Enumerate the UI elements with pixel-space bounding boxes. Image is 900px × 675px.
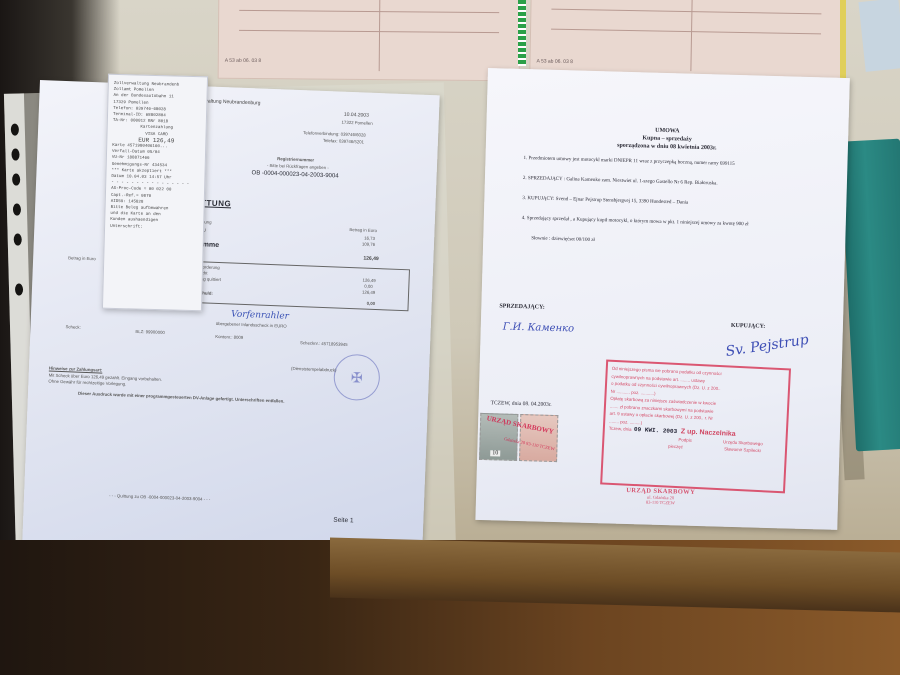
stamp-signature-label: Podpis: [678, 437, 692, 443]
seller-signature: Г.И. Каменко: [503, 322, 575, 335]
stamp-seal-label: pieczęć: [668, 444, 683, 450]
contract-item: 2. SPRZEDAJĄCY : Galina Kamenko zam. Nie…: [523, 175, 793, 190]
payment-notes-title: Hinweise zur Zahlungsart:: [49, 366, 103, 373]
blue-paper-corner: [858, 0, 900, 72]
yellow-strip: [840, 0, 846, 90]
perforation-strip: [518, 0, 526, 66]
buyer-label: KUPUJĄCY:: [731, 323, 766, 330]
punch-hole: [11, 148, 19, 160]
cheque-number: Schecknr.: 45718953945: [300, 340, 348, 347]
quittung-place: 17322 Pomellen: [342, 120, 373, 126]
quittung-fax: Telefax: 039746/5201: [323, 138, 364, 145]
contract-item: 1. Przedmiotem umowy jest motocykl marki…: [523, 155, 793, 170]
row-amount: 16,73: [364, 236, 375, 241]
buyer-signature: Sv. Pejstrup: [725, 332, 810, 360]
page-number: Seite 1: [333, 517, 354, 525]
pink-customs-form-left: A 53 ab 06. 03 8: [218, 0, 521, 81]
umowa-contract-document: UMOWA Kupna – sprzedaży sporządzona w dn…: [475, 68, 849, 530]
summary-value: 0,00: [364, 284, 373, 289]
sum-value: 126,49: [363, 256, 379, 263]
receipt-line: Unterschrift:: [110, 224, 198, 233]
auto-print-note: Dieser Ausdruck wurde mit einer programm…: [78, 391, 285, 404]
summary-value: 126,49: [362, 278, 375, 284]
reg-note: - Bitte bei Rückfragen angeben -: [267, 163, 329, 170]
quittung-date: 10.04.2003: [344, 112, 369, 119]
punch-hole: [14, 233, 22, 245]
card-payment-receipt: Zollverwaltung Neubrandenb Zollamt Pomel…: [102, 74, 208, 312]
reg-label: Registriernummer: [277, 156, 314, 162]
contract-item: 4. Sprzedający sprzedał , a Kupujący kup…: [522, 215, 792, 230]
remaining-value: 0,00: [367, 301, 376, 306]
form-footer-left: A 53 ab 06. 03 8: [225, 58, 261, 64]
tax-office-stamp: Od niniejszego pisma nie pobrano podatku…: [600, 359, 791, 493]
contract-item: 3. KUPUJĄCY: Svend – Ejnar Pejstrup Sten…: [522, 195, 792, 210]
cheque-label: Scheck:: [65, 324, 80, 330]
row-amount: 109,76: [362, 241, 375, 247]
cashier-signature: Vorfenrahler: [231, 310, 289, 322]
quittung-phone: Telefonverbindung: 039746/6028: [303, 130, 366, 137]
office-city: 83-110 TCZEW: [626, 499, 695, 506]
col-amount: Betrag in Euro: [349, 227, 377, 233]
office-address-stamp: URZĄD SKARBOWY ul. Gdańska 20 83-110 TCZ…: [626, 487, 695, 506]
seller-label: SPRZEDAJĄCY:: [499, 303, 545, 310]
punch-hole: [12, 173, 20, 185]
amount-in-words: Słownie : dziewięćset 00/100 zł: [531, 235, 801, 250]
punch-hole: [15, 283, 23, 295]
paid-label: Betrag in Euro: [68, 255, 96, 261]
form-footer-right: A 53 ab 06. 03 8: [536, 58, 573, 65]
stamp-place-label: Tczew, dnia: [609, 426, 632, 432]
konto: Kontonr.: 8009: [215, 334, 243, 340]
summary-value: 126,49: [362, 290, 375, 296]
punch-hole: [11, 123, 19, 135]
quittung-document: Zollverwaltung Neubrandenburg 10.04.2003…: [22, 80, 440, 565]
reg-number: OB -0004-000023-04-2003-9004: [251, 170, 338, 179]
stamp-official-name: Sławomir Szpilecki: [724, 446, 761, 453]
official-stamp-label: (Dienststempelabdruck): [291, 366, 337, 373]
quittung-footer: - - - Quittung zu OB -0004-000023-04-200…: [109, 493, 210, 502]
blz: BLZ: 99900000: [135, 329, 165, 335]
eagle-seal-stamp: ✠: [333, 354, 381, 402]
handover-note: übergebener Inlandsscheck in EURO: [216, 321, 287, 329]
punch-hole: [13, 203, 21, 215]
